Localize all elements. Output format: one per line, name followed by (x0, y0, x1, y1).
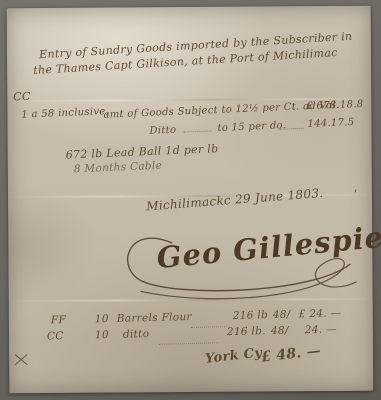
row-qty: 10 (95, 313, 109, 325)
entry-line-2-text: to 15 per do. (217, 120, 286, 134)
row-item: Barrels Flour (117, 311, 192, 325)
entry-line-2-amount: 144.17.5 (307, 117, 354, 130)
total-label: York Cy (204, 346, 263, 367)
entry-line-1-prefix: 1 a 58 inclusive, (21, 106, 109, 121)
cask-mark-top: CC (13, 90, 31, 104)
row-weight: 216 lb. (227, 325, 266, 338)
manuscript-paper: Entry of Sundry Goods imported by the Su… (7, 6, 374, 394)
photo-frame: Entry of Sundry Goods imported by the Su… (0, 0, 381, 400)
cross-flourish-icon (13, 352, 29, 368)
row-mark: FF (51, 314, 66, 326)
entry-line-1-amount: £ 678.18.8 (306, 99, 363, 112)
row-qty: 10 (95, 329, 109, 341)
leader-dots (279, 120, 303, 130)
entry-line-1-text: amt of Goods Subject to 12½ per Ct. ad V… (103, 100, 339, 121)
row-mark: CC (47, 330, 64, 342)
leader-dots (159, 334, 219, 344)
entry-line-3: 672 lb Lead Ball 1d per lb (65, 142, 218, 161)
row-amount: 24. — (305, 323, 337, 336)
entry-line-4: 8 Months Cable (74, 160, 163, 176)
leader-dots (183, 122, 211, 132)
total-amount: £ 48. — (260, 343, 321, 366)
row-rate: 48/ (271, 325, 289, 337)
row-weight: 216 lb (233, 309, 269, 322)
dateline: Michilimackc 29 June 1803. (146, 186, 324, 214)
row-item: ditto (123, 328, 150, 341)
pen-tick: ˈ (354, 188, 357, 201)
row-rate: 48/ (273, 309, 291, 321)
row-amount: £ 24. — (299, 307, 342, 320)
entry-line-2-label: Ditto (149, 125, 176, 137)
